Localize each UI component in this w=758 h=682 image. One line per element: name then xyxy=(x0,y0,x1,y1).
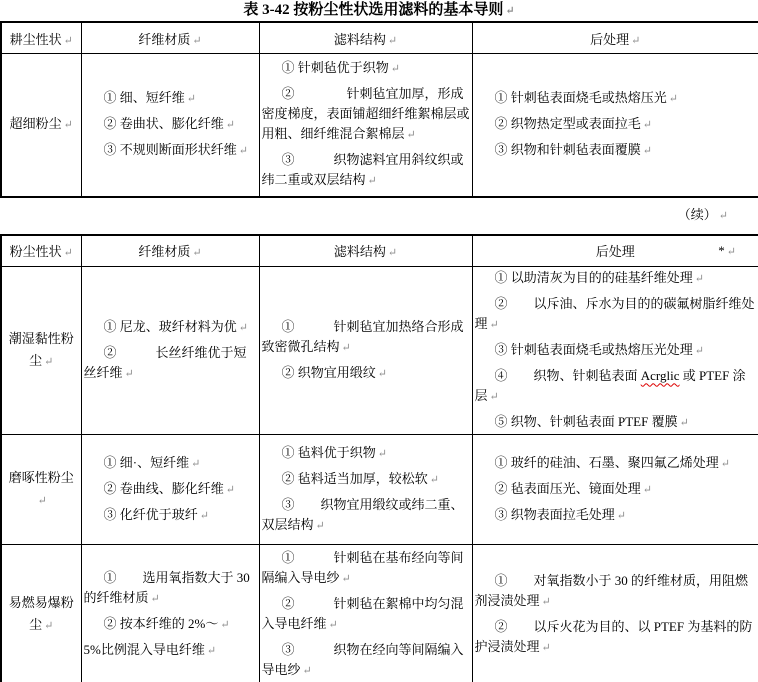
list-item: ③ 织物在经向等间隔编入导电纱 xyxy=(262,640,470,681)
list-item: ③ 织物表面拉毛处理 xyxy=(475,505,757,526)
list-item: ② 针刺毡在絮棉中均匀混入导电纤维 xyxy=(262,594,470,635)
cell-post-treatment: ① 玻纤的硅油、石墨、聚四氟乙烯处理 ② 毡表面压光、镜面处理 ③ 织物表面拉毛… xyxy=(472,434,758,544)
header-row: 耕尘性状 纤维材质 滤料结构 后处理 xyxy=(1,22,758,54)
dust-type-label: 潮湿黏性粉尘 xyxy=(9,331,74,368)
cell-dust-type: 潮湿黏性粉尘 xyxy=(1,266,81,434)
header-post-treatment: 后处理 xyxy=(472,22,758,54)
misspelled-word: Acrglic xyxy=(641,368,680,383)
dust-type-label: 磨啄性粉尘 xyxy=(9,470,74,507)
list-item: ② 针刺毡宜加厚，形成密度梯度，表面铺超细纤维絮棉层或用粗、细纤维混合絮棉层 xyxy=(262,84,470,145)
cell-post-treatment: ① 针刺毡表面烧毛或热熔压光 ② 织物热定型或表面拉毛 ③ 织物和针刺毡表面覆膜 xyxy=(472,54,758,197)
cell-fiber-material: ① 尼龙、玻纤材料为优 ② 长丝纤维优于短丝纤维 xyxy=(81,266,259,434)
list-item: ③ 织物宜用缎纹或纬二重、双层结构 xyxy=(262,495,470,536)
list-item: 5%比例混入导电纤维 xyxy=(84,640,257,661)
list-item: ② 毡表面压光、镜面处理 xyxy=(475,479,757,500)
list-item: ① 针刺毡优于织物 xyxy=(262,58,470,79)
list-item: ② 毡料适当加厚，较松软 xyxy=(262,469,470,490)
list-item: ② 织物宜用缎纹 xyxy=(262,363,470,384)
list-item: ③ 针刺毡表面烧毛或热熔压光处理 xyxy=(475,340,757,361)
list-item: ① 针刺毡表面烧毛或热熔压光 xyxy=(475,88,757,109)
list-item-text: ④ 织物、针刺毡表面 xyxy=(495,368,641,383)
list-item: ② 按本纤维的 2%〜 xyxy=(84,614,257,635)
list-item: ② 以斥油、斥水为目的的碳氟树脂纤维处理 xyxy=(475,294,757,335)
list-item: ① 选用氧指数大于 30 的纤维材质 xyxy=(84,568,257,609)
header-label: 滤料结构 xyxy=(334,244,397,259)
table-row: 潮湿黏性粉尘 ① 尼龙、玻纤材料为优 ② 长丝纤维优于短丝纤维 ① 针刺毡宜加热… xyxy=(1,266,758,434)
list-item: ① 细·、短纤维 xyxy=(84,453,257,474)
header-label: 后处理 xyxy=(596,244,635,259)
list-item: ③ 织物和针刺毡表面覆膜 xyxy=(475,140,757,161)
cell-dust-type: 易燃易爆粉尘 xyxy=(1,544,81,682)
list-item: ⑤ 织物、针刺毡表面 PTEF 覆膜 xyxy=(475,412,757,433)
list-item: ② 以斥火花为目的、以 PTEF 为基料的防护浸渍处理 xyxy=(475,617,757,658)
cell-post-treatment: ① 对氧指数小于 30 的纤维材质，用阻燃剂浸渍处理 ② 以斥火花为目的、以 P… xyxy=(472,544,758,682)
header-filter-structure: 滤料结构 xyxy=(259,22,472,54)
footnote-asterisk: * xyxy=(718,243,736,259)
header-fiber-material: 纤维材质 xyxy=(81,22,259,54)
cell-filter-structure: ① 针刺毡在基布经向等间隔编入导电纱 ② 针刺毡在絮棉中均匀混入导电纤维 ③ 织… xyxy=(259,544,472,682)
list-item: ① 玻纤的硅油、石墨、聚四氟乙烯处理 xyxy=(475,453,757,474)
document-page: 表 3-42 按粉尘性状选用滤料的基本导则 耕尘性状 纤维材质 滤料结构 后处理… xyxy=(0,0,758,682)
list-item: ① 细、短纤维 xyxy=(84,88,257,109)
list-item: ① 以助清灰为目的的硅基纤维处理 xyxy=(475,268,757,289)
guideline-table-1: 耕尘性状 纤维材质 滤料结构 后处理 超细粉尘 ① 细、短纤维 ② 卷曲状、膨化… xyxy=(0,21,758,198)
table-row: 磨啄性粉尘 ① 细·、短纤维 ② 卷曲线、膨化纤维 ③ 化纤优于玻纤 ① 毡料优… xyxy=(1,434,758,544)
list-item: ③ 不规则断面形状纤维 xyxy=(84,140,257,161)
header-row: 粉尘性状 纤维材质 滤料结构 后处理 * xyxy=(1,235,758,267)
cell-filter-structure: ① 毡料优于织物 ② 毡料适当加厚，较松软 ③ 织物宜用缎纹或纬二重、双层结构 xyxy=(259,434,472,544)
header-label: 后处理 xyxy=(590,32,640,47)
list-item: ② 织物热定型或表面拉毛 xyxy=(475,114,757,135)
header-post-treatment: 后处理 * xyxy=(472,235,758,267)
dust-type-label: 易燃易爆粉尘 xyxy=(9,595,74,632)
table-row: 易燃易爆粉尘 ① 选用氧指数大于 30 的纤维材质 ② 按本纤维的 2%〜 5%… xyxy=(1,544,758,682)
continued-text: （续） xyxy=(678,207,728,222)
header-dust-property: 粉尘性状 xyxy=(1,235,81,267)
list-item: ① 针刺毡宜加热络合形成致密微孔结构 xyxy=(262,317,470,358)
list-item: ② 卷曲线、膨化纤维 xyxy=(84,479,257,500)
cell-dust-type: 超细粉尘 xyxy=(1,54,81,197)
header-dust-property: 耕尘性状 xyxy=(1,22,81,54)
header-label: 滤料结构 xyxy=(334,32,397,47)
continued-note: （续） xyxy=(0,198,758,234)
cell-filter-structure: ① 针刺毡宜加热络合形成致密微孔结构 ② 织物宜用缎纹 xyxy=(259,266,472,434)
cell-fiber-material: ① 细、短纤维 ② 卷曲状、膨化纤维 ③ 不规则断面形状纤维 xyxy=(81,54,259,197)
title-text: 表 3-42 按粉尘性状选用滤料的基本导则 xyxy=(243,2,514,18)
table-row: 超细粉尘 ① 细、短纤维 ② 卷曲状、膨化纤维 ③ 不规则断面形状纤维 ① 针刺… xyxy=(1,54,758,197)
list-item: ③ 化纤优于玻纤 xyxy=(84,505,257,526)
header-label: 耕尘性状 xyxy=(10,32,73,47)
cell-fiber-material: ① 选用氧指数大于 30 的纤维材质 ② 按本纤维的 2%〜 5%比例混入导电纤… xyxy=(81,544,259,682)
header-fiber-material: 纤维材质 xyxy=(81,235,259,267)
header-filter-structure: 滤料结构 xyxy=(259,235,472,267)
list-item: ① 毡料优于织物 xyxy=(262,443,470,464)
list-item: ① 尼龙、玻纤材料为优 xyxy=(84,317,257,338)
list-item: ④ 织物、针刺毡表面 Acrglic 或 PTEF 涂层 xyxy=(475,366,757,407)
list-item: ① 对氧指数小于 30 的纤维材质，用阻燃剂浸渍处理 xyxy=(475,571,757,612)
list-item: ② 长丝纤维优于短丝纤维 xyxy=(84,343,257,384)
dust-type-label: 超细粉尘 xyxy=(10,116,73,131)
header-label: 粉尘性状 xyxy=(10,244,73,259)
header-label: 纤维材质 xyxy=(138,32,201,47)
guideline-table-2: 粉尘性状 纤维材质 滤料结构 后处理 * 潮湿黏性粉尘 ① 尼龙、玻纤材料为优 … xyxy=(0,234,758,682)
list-item: ③ 织物滤料宜用斜纹织或纬二重或双层结构 xyxy=(262,150,470,191)
cell-filter-structure: ① 针刺毡优于织物 ② 针刺毡宜加厚，形成密度梯度，表面铺超细纤维絮棉层或用粗、… xyxy=(259,54,472,197)
list-item: ① 针刺毡在基布经向等间隔编入导电纱 xyxy=(262,548,470,589)
header-label: 纤维材质 xyxy=(138,244,201,259)
list-item: ② 卷曲状、膨化纤维 xyxy=(84,114,257,135)
cell-fiber-material: ① 细·、短纤维 ② 卷曲线、膨化纤维 ③ 化纤优于玻纤 xyxy=(81,434,259,544)
page-title: 表 3-42 按粉尘性状选用滤料的基本导则 xyxy=(0,0,758,21)
cell-dust-type: 磨啄性粉尘 xyxy=(1,434,81,544)
cell-post-treatment: ① 以助清灰为目的的硅基纤维处理 ② 以斥油、斥水为目的的碳氟树脂纤维处理 ③ … xyxy=(472,266,758,434)
